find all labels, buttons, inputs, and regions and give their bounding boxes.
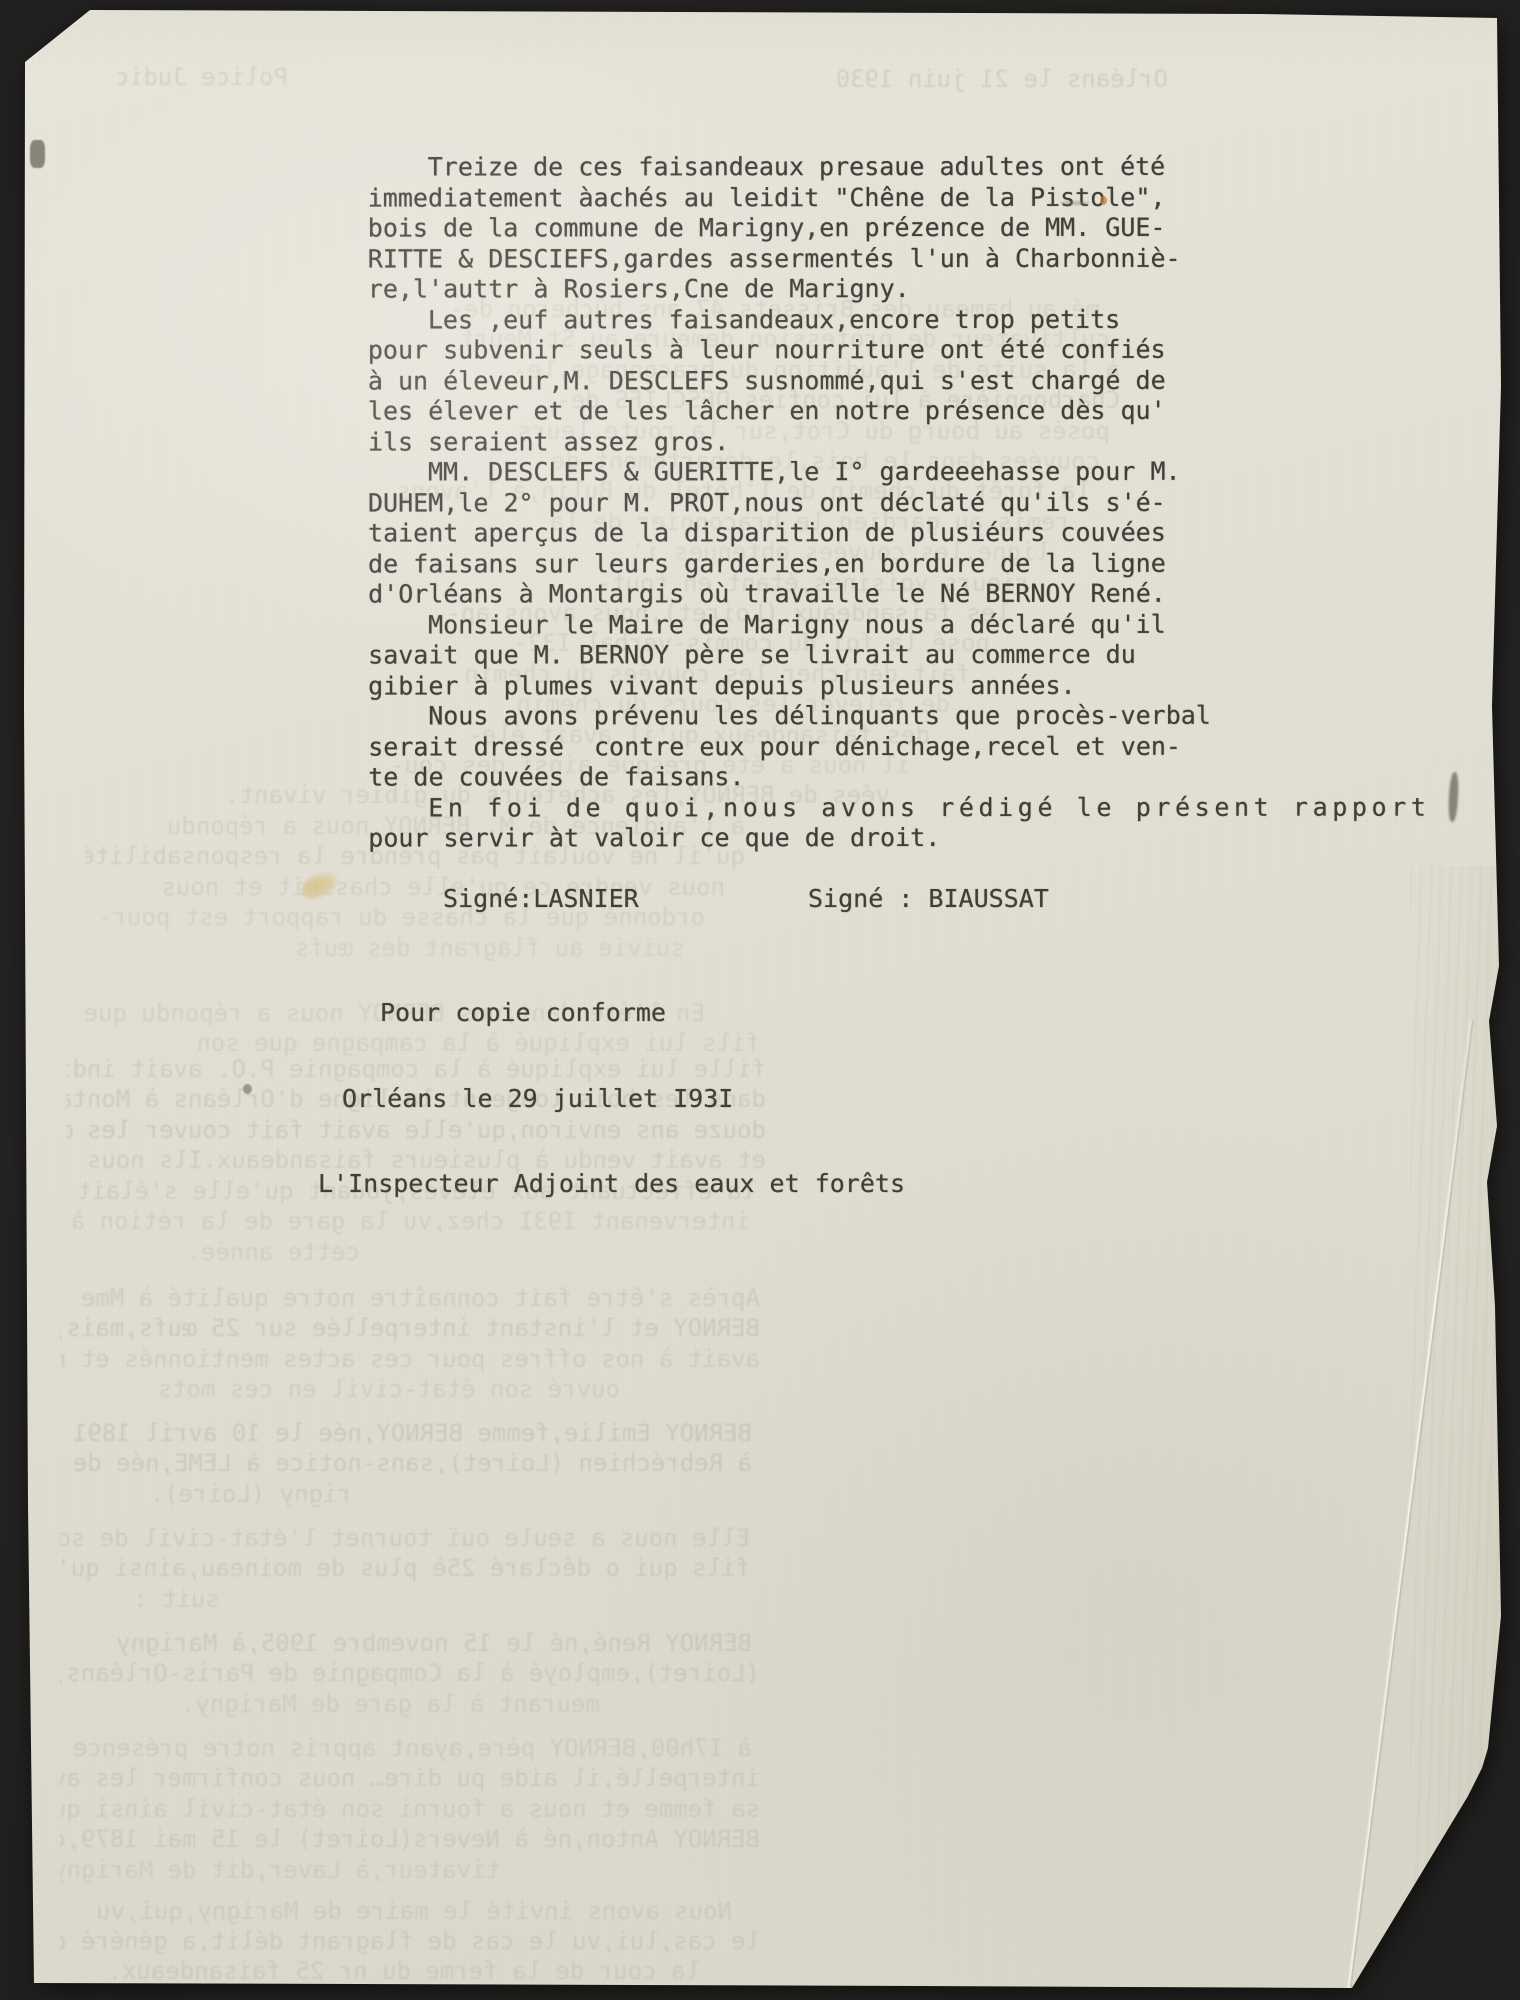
bleedthrough-line: BERNOY et l'instant interpellée sur 25 œ… (60, 1315, 760, 1342)
top-edge-shading (20, 6, 1504, 66)
text-line: re,l'auttr à Rosiers,Cne de Marigny. (368, 274, 1488, 305)
bleedthrough-line: cette année. (60, 1239, 360, 1266)
bleedthrough-line: le cas,lui,vu le cas de flagrant délit,a… (60, 1928, 760, 1955)
paper-crease (1346, 1020, 1472, 2000)
text-line: gibier à plumes vivant depuis plusieurs … (368, 670, 1488, 701)
bleedthrough-line: rigny (Loire). (72, 1481, 352, 1508)
bleedthrough-line: (Loiret),employé à la Compagnie de Paris… (60, 1660, 760, 1687)
text-line: En foi de quoi,nous avons rédigé le prés… (368, 792, 1488, 823)
bleedthrough-line: sa femme et nous a fourni son état-civil… (60, 1796, 760, 1823)
bleedthrough-line: tivateur,à Laver,dit de Marigny. (60, 1857, 500, 1884)
date-place-line: Orléans le 29 juillet I93I (318, 1085, 905, 1114)
text-line: serait dressé contre eux pour dénichage,… (368, 731, 1488, 762)
text-line: immediatement àachés au leidit "Chêne de… (368, 182, 1488, 213)
text-line: MM. DESCLEFS & GUERITTE,le I° gardeeehas… (368, 457, 1488, 488)
document-body-text: Treize de ces faisandeaux presaue adulte… (368, 152, 1489, 854)
bleedthrough-line: suit : (60, 1586, 220, 1613)
text-line: Nous avons prévenu les délinquants que p… (368, 701, 1488, 732)
text-line: Les ,euf autres faisandeaux,encore trop … (368, 304, 1488, 335)
text-line: les élever et de les lâcher en notre pré… (368, 396, 1488, 427)
bleedthrough-line: à I7h00,BERNOY père,ayant appris notre p… (72, 1735, 752, 1762)
text-line: pour servir àt valoir ce que de droit. (368, 823, 1488, 854)
signature-lasnier: Signé:LASNIER (443, 884, 639, 913)
text-line: bois de la commune de Marigny,en prézenc… (368, 213, 1488, 244)
bleedthrough-line: Orléans le 21 juin 1930 (838, 66, 1168, 93)
bleedthrough-line: meurant à la gare de Marigny. (60, 1691, 600, 1718)
bleedthrough-line: Elle nous a seule ouï tournet l'état-civ… (60, 1525, 750, 1552)
bleedthrough-line: fils qui o déclaré 25è plus de moineau,a… (60, 1555, 750, 1582)
copy-conforme-line: Pour copie conforme (318, 999, 905, 1028)
scanner-background: Police JudiciaireOrléans le 21 juin 1930… (0, 0, 1520, 2000)
yellow-stain (297, 865, 344, 904)
dark-speck (243, 1084, 252, 1094)
document-page: Police JudiciaireOrléans le 21 juin 1930… (20, 6, 1504, 1994)
right-edge-streaks (1410, 866, 1504, 1996)
text-line: à un éleveur,M. DESCLEFS susnommé,qui s'… (368, 365, 1488, 396)
text-line: d'Orléans à Montargis où travaille le Né… (368, 579, 1488, 610)
bleedthrough-line: ouvré son état-civil en ces mots (60, 1376, 620, 1403)
bleedthrough-line: Police Judiciaire (118, 64, 288, 91)
paper-shadow-wrap: Police JudiciaireOrléans le 21 juin 1930… (0, 0, 1520, 2000)
certification-block: Pour copie conforme Orléans le 29 juille… (318, 942, 905, 1256)
text-line: Treize de ces faisandeaux presaue adulte… (368, 152, 1488, 183)
bleedthrough-line: BERNOY Émilie,femme BERNOY,née le 10 avr… (72, 1420, 752, 1447)
signature-biaussat: Signé : BIAUSSAT (808, 884, 1049, 913)
text-line: Monsieur le Maire de Marigny nous a décl… (368, 609, 1488, 640)
bleedthrough-line: à Rebréchien (Loiret),sans-notice à LEMÉ… (72, 1450, 752, 1477)
text-line: te de couvées de faisans. (368, 762, 1488, 793)
text-line: DUHEM,le 2° pour M. PROT,nous ont déclat… (368, 487, 1488, 518)
left-edge-ink-mark (30, 140, 45, 168)
inspector-title-line: L'Inspecteur Adjoint des eaux et forêts (318, 1170, 905, 1199)
bleedthrough-line: interpellé,il aide pu dire… nous confirm… (60, 1765, 760, 1792)
text-line: pour subvenir seuls à leur nourriture on… (368, 335, 1488, 366)
text-line: ils seraient assez gros. (368, 426, 1488, 457)
bleedthrough-line: avait à nos offres pour ces actes mentio… (60, 1346, 760, 1373)
bleedthrough-line: Après s'être fait connaître notre qualit… (60, 1285, 760, 1312)
text-line: taient aperçus de la disparition de plus… (368, 518, 1488, 549)
bleedthrough-line: BERNOY René,né le 15 novembre 1905,à Mar… (72, 1630, 752, 1657)
text-line: de faisans sur leurs garderies,en bordur… (368, 548, 1488, 579)
bleedthrough-line: BERNOY Anton,né à Nevers(Loiret) le 15 m… (60, 1826, 760, 1853)
bleedthrough-line: Nous avons invité le maire de Marigny,qu… (72, 1898, 732, 1925)
bleedthrough-line: la cour de la ferme du nr 25 faisandeaux… (60, 1958, 700, 1985)
text-line: savait que M. BERNOY père se livrait au … (368, 640, 1488, 671)
text-line: RITTE & DESCIEFS,gardes assermentés l'un… (368, 243, 1488, 274)
